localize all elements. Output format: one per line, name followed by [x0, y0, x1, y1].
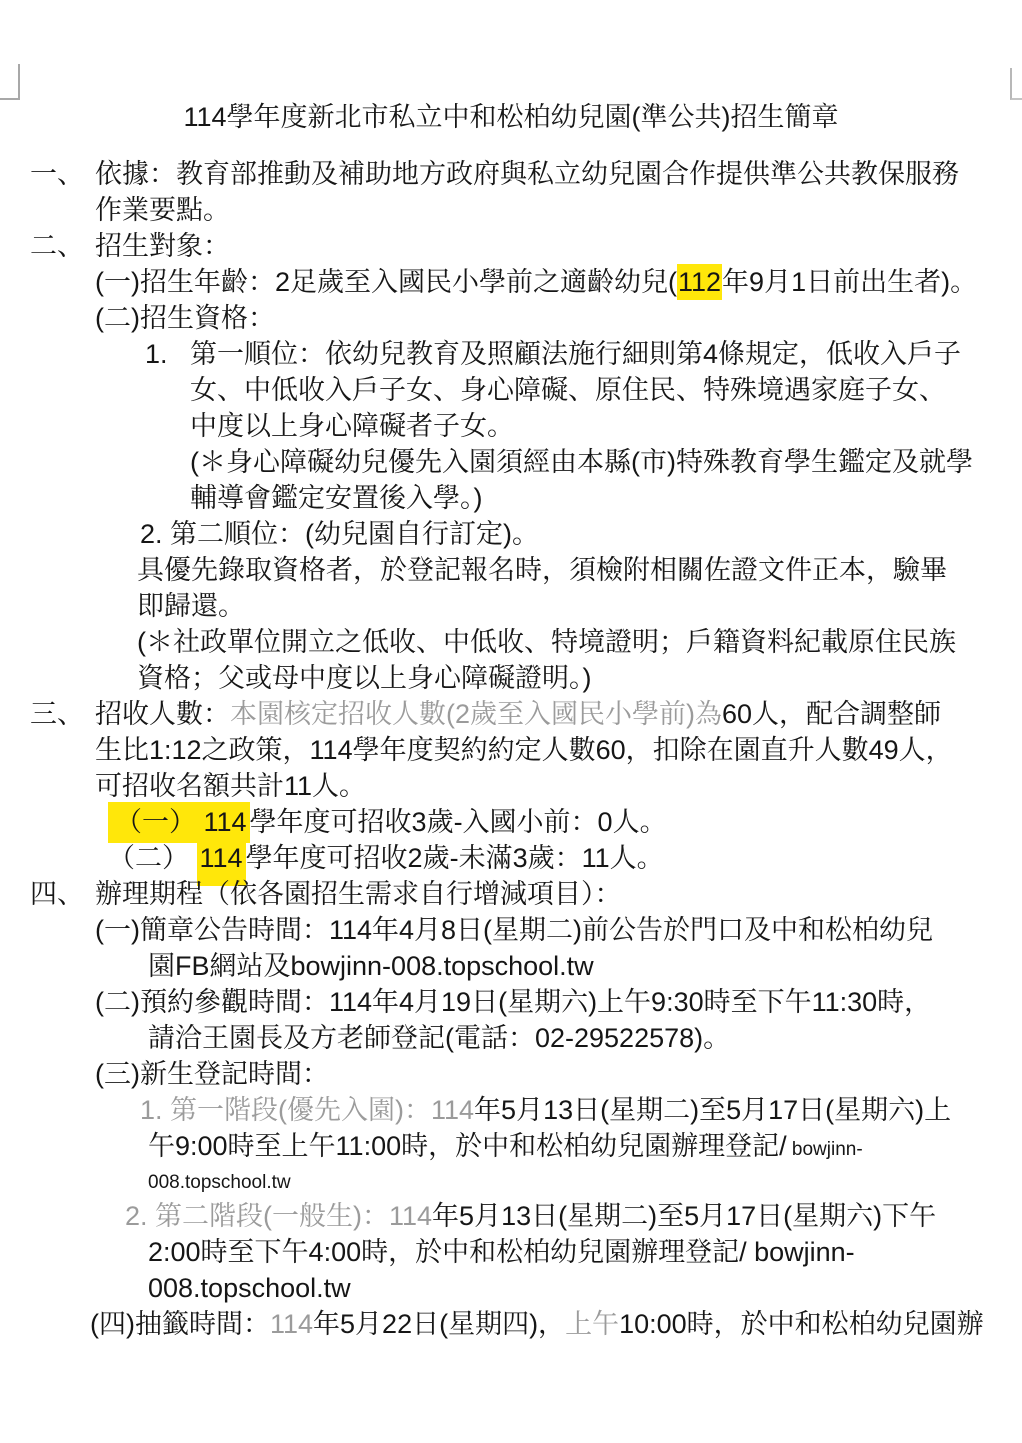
- section-quota-line-2: 生比1:12之政策，114學年度契約約定人數60，扣除在園直升人數49人，: [0, 732, 1022, 768]
- quota-sub2-text: 學年度可招收2歲-未滿3歲：11人。: [246, 843, 664, 873]
- registration-heading: (三)新生登記時間：: [0, 1056, 1022, 1092]
- stage1-line-3: 008.topschool.tw: [0, 1168, 1022, 1198]
- section-target-number: 二、: [30, 228, 84, 264]
- highlight-sub1-114: （一） 114: [108, 802, 250, 843]
- section-target-heading: 二、 招生對象：: [0, 228, 1022, 264]
- lottery-date-text: 年5月22日(星期四)，: [313, 1309, 565, 1339]
- section-basis-number: 一、: [30, 156, 84, 192]
- document-body: 一、 依據：教育部推動及補助地方政府與私立幼兒園合作提供準公共教保服務 作業要點…: [0, 156, 1022, 1342]
- announcement-text-2: 園FB網站及bowjinn-008.topschool.tw: [148, 951, 594, 981]
- stage2-line-2: 2:00時至下午4:00時，於中和松柏幼兒園辦理登記/ bowjinn-: [0, 1234, 1022, 1270]
- priority2-line-2: 具優先錄取資格者，於登記報名時，須檢附相關佐證文件正本，驗畢: [0, 552, 1022, 588]
- section-quota-number: 三、: [30, 696, 84, 732]
- quota-sub-line-1: （一） 114學年度可招收3歲-入國小前：0人。: [0, 804, 1022, 840]
- document-title: 114學年度新北市私立中和松柏幼兒園(準公共)招生簡章: [0, 0, 1022, 135]
- priority2-text-3: 即歸還。: [137, 591, 245, 621]
- page-corner-mark-right: [1010, 68, 1022, 100]
- lottery-year-gray: 114: [270, 1309, 313, 1339]
- stage1-url-part-1: bowjinn-: [787, 1139, 863, 1160]
- section-basis-line-1: 一、 依據：教育部推動及補助地方政府與私立幼兒園合作提供準公共教保服務: [0, 156, 1022, 192]
- stage2-date-text: 年5月13日(星期二)至5月17日(星期六)下午: [432, 1201, 936, 1231]
- stage1-line-2: 午9:00時至上午11:00時，於中和松柏幼兒園辦理登記/ bowjinn-: [0, 1128, 1022, 1168]
- stage1-label-gray: 1. 第一階段(優先入園)：114: [140, 1095, 474, 1125]
- priority1-line-3: 中度以上身心障礙者子女。: [0, 408, 1022, 444]
- priority2-text-2: 具優先錄取資格者，於登記報名時，須檢附相關佐證文件正本，驗畢: [137, 555, 947, 585]
- quota-sub2-prefix: （二）: [108, 843, 197, 873]
- section-quota-line-3: 可招收名額共計11人。: [0, 768, 1022, 804]
- visit-line-1: (二)預約參觀時間：114年4月19日(星期六)上午9:30時至下午11:30時…: [0, 984, 1022, 1020]
- priority2-note-text-1: (＊社政單位開立之低收、中低收、特境證明；戶籍資料紀載原住民族: [137, 627, 956, 657]
- registration-heading-text: (三)新生登記時間：: [95, 1059, 329, 1089]
- enrollment-age-text-end: 年9月1日前出生者)。: [722, 267, 977, 297]
- stage1-url-part-2: 008.topschool.tw: [148, 1172, 291, 1193]
- enrollment-age-text: (一)招生年齡：2足歲至入國民小學前之適齡幼兒(: [95, 267, 677, 297]
- priority2-note-2: 資格；父或母中度以上身心障礙證明。): [0, 660, 1022, 696]
- lottery-ampm-gray: 上午: [565, 1309, 619, 1339]
- quota-policy-text: 生比1:12之政策，114學年度契約約定人數60，扣除在園直升人數49人，: [95, 735, 953, 765]
- visit-line-2: 請洽王園長及方老師登記(電話：02-29522578)。: [0, 1020, 1022, 1056]
- priority2-line-3: 即歸還。: [0, 588, 1022, 624]
- quota-available-text: 可招收名額共計11人。: [95, 771, 366, 801]
- priority2-note-text-2: 資格；父或母中度以上身心障礙證明。): [137, 663, 592, 693]
- priority1-line-1: 1. 第一順位：依幼兒教育及照顧法施行細則第4條規定，低收入戶子: [0, 336, 1022, 372]
- announcement-line-2: 園FB網站及bowjinn-008.topschool.tw: [0, 948, 1022, 984]
- visit-text-2: 請洽王園長及方老師登記(電話：02-29522578)。: [148, 1023, 730, 1053]
- priority2-text-1: 2. 第二順位：(幼兒園自行訂定)。: [140, 519, 539, 549]
- priority1-note-2: 輔導會鑑定安置後入學。): [0, 480, 1022, 516]
- document-page: 114學年度新北市私立中和松柏幼兒園(準公共)招生簡章 一、 依據：教育部推動及…: [0, 0, 1022, 1443]
- stage2-line-3: 008.topschool.tw: [0, 1270, 1022, 1306]
- page-corner-mark-left: [0, 64, 20, 100]
- stage2-line-1: 2. 第二階段(一般生)：114年5月13日(星期二)至5月17日(星期六)下午: [0, 1198, 1022, 1234]
- quota-total-text: 60人，配合調整師: [722, 699, 941, 729]
- priority1-note-text-2: 輔導會鑑定安置後入學。): [190, 483, 483, 513]
- enrollment-age-line: (一)招生年齡：2足歲至入國民小學前之適齡幼兒(112年9月1日前出生者)。: [0, 264, 1022, 300]
- section-basis-text-1: 依據：教育部推動及補助地方政府與私立幼兒園合作提供準公共教保服務: [95, 159, 959, 189]
- stage2-url-text: 008.topschool.tw: [148, 1273, 351, 1303]
- section-basis-line-2: 作業要點。: [0, 192, 1022, 228]
- section-schedule-heading-text: 辦理期程（依各園招生需求自行增減項目）：: [95, 879, 622, 909]
- qualification-heading: (二)招生資格：: [0, 300, 1022, 336]
- priority1-text-1: 第一順位：依幼兒教育及照顧法施行細則第4條規定，低收入戶子: [190, 339, 961, 369]
- quota-gray-text: 本園核定招收人數(2歲至入國民小學前)為: [230, 699, 722, 729]
- priority1-text-2: 女、中低收入戶子女、身心障礙、原住民、特殊境遇家庭子女、: [190, 375, 946, 405]
- quota-sub-line-2: （二） 114學年度可招收2歲-未滿3歲：11人。: [0, 840, 1022, 876]
- section-basis-text-2: 作業要點。: [95, 195, 230, 225]
- qualification-heading-text: (二)招生資格：: [95, 303, 275, 333]
- quota-label: 招收人數：: [95, 699, 230, 729]
- lottery-line: (四)抽籤時間：114年5月22日(星期四)，上午10:00時，於中和松柏幼兒園…: [0, 1306, 1022, 1342]
- priority1-line-2: 女、中低收入戶子女、身心障礙、原住民、特殊境遇家庭子女、: [0, 372, 1022, 408]
- visit-text-1: (二)預約參觀時間：114年4月19日(星期六)上午9:30時至下午11:30時…: [95, 987, 931, 1017]
- quota-sub1-text: 學年度可招收3歲-入國小前：0人。: [250, 807, 667, 837]
- stage2-time-text: 2:00時至下午4:00時，於中和松柏幼兒園辦理登記/ bowjinn-: [148, 1237, 855, 1267]
- priority1-number: 1.: [145, 336, 168, 372]
- section-target-heading-text: 招生對象：: [95, 231, 230, 261]
- stage2-label-gray: 2. 第二階段(一般生)：114: [125, 1201, 432, 1231]
- priority1-text-3: 中度以上身心障礙者子女。: [190, 411, 514, 441]
- priority2-line-1: 2. 第二順位：(幼兒園自行訂定)。: [0, 516, 1022, 552]
- announcement-text-1: (一)簡章公告時間：114年4月8日(星期二)前公告於門口及中和松柏幼兒: [95, 915, 933, 945]
- section-schedule-number: 四、: [30, 876, 84, 912]
- stage1-line-1: 1. 第一階段(優先入園)：114年5月13日(星期二)至5月17日(星期六)上: [0, 1092, 1022, 1128]
- lottery-label: (四)抽籤時間：: [90, 1309, 270, 1339]
- highlight-year-112: 112: [677, 264, 722, 300]
- announcement-line-1: (一)簡章公告時間：114年4月8日(星期二)前公告於門口及中和松柏幼兒: [0, 912, 1022, 948]
- priority1-note-1: (＊身心障礙幼兒優先入園須經由本縣(市)特殊教育學生鑑定及就學: [0, 444, 1022, 480]
- section-quota-line-1: 三、 招收人數：本園核定招收人數(2歲至入國民小學前)為60人，配合調整師: [0, 696, 1022, 732]
- stage1-date-text: 年5月13日(星期二)至5月17日(星期六)上: [474, 1095, 951, 1125]
- priority1-note-text-1: (＊身心障礙幼兒優先入園須經由本縣(市)特殊教育學生鑑定及就學: [190, 447, 973, 477]
- lottery-time-text: 10:00時，於中和松柏幼兒園辦: [619, 1309, 984, 1339]
- section-schedule-heading: 四、 辦理期程（依各園招生需求自行增減項目）：: [0, 876, 1022, 912]
- stage1-time-text: 午9:00時至上午11:00時，於中和松柏幼兒園辦理登記/: [148, 1131, 787, 1161]
- priority2-note-1: (＊社政單位開立之低收、中低收、特境證明；戶籍資料紀載原住民族: [0, 624, 1022, 660]
